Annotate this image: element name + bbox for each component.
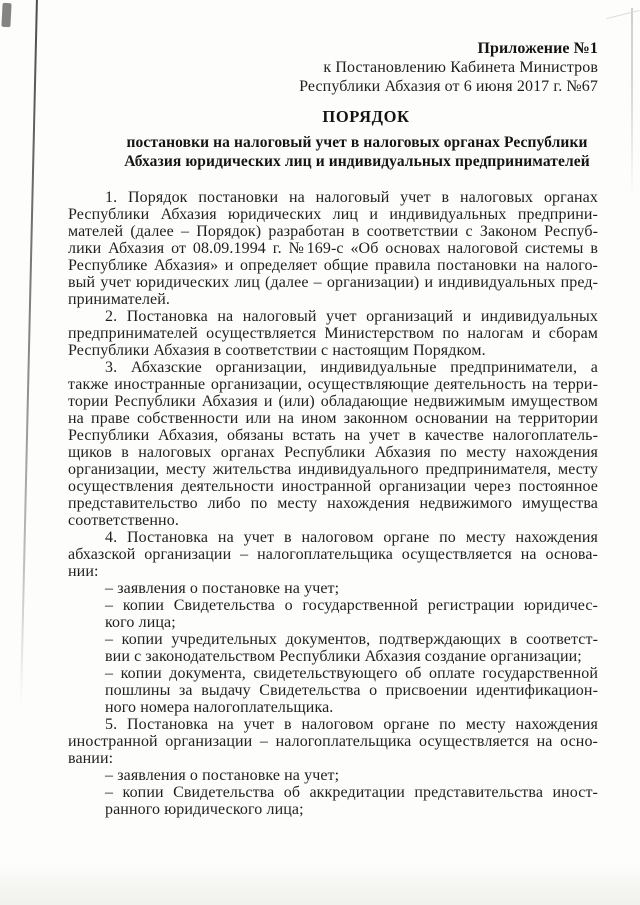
text-line: иностранной организации – налогоплательщ… [68,733,598,750]
scan-corner-smudge [1,3,11,27]
text-line: – заявления о постановке на учет; [68,767,598,784]
text-line: – копии учредительных документов, подтве… [68,631,598,648]
text-line: нии: [68,563,598,580]
body-text: 1. Порядок постановки на налоговый учет … [68,189,598,818]
text-line: Республики Абхазия, обязаны встать на уч… [68,427,598,444]
text-line: соответственно. [68,512,598,529]
appendix-header: Приложение №1 к Постановлению Кабинета М… [68,39,602,96]
document-title: ПОРЯДОК [101,107,631,127]
text-line: – копии Свидетельства о государственной … [68,597,598,614]
scan-left-edge-line [20,0,38,704]
text-line: – заявления о постановке на учет; [68,580,598,597]
text-line: тории Республики Абхазия и (или) обладаю… [68,393,598,410]
text-line: мателей (далее – Порядок) разработан в с… [68,223,598,240]
text-line: Республики Абхазия юридических лиц и инд… [68,206,598,223]
text-line: – копии документа, свидетельствующего об… [68,665,598,682]
text-line: вании: [68,750,598,767]
text-line: 5. Постановка на учет в налоговом органе… [68,716,598,733]
text-line: абхазской организации – налогоплательщик… [68,546,598,563]
appendix-number: Приложение №1 [68,39,598,58]
text-line: 4. Постановка на учет в налоговом органе… [68,529,598,546]
text-line: ранного юридического лица; [68,801,598,818]
scan-bottom-shadow [0,865,640,905]
text-line: на праве собственности или на ином закон… [68,410,598,427]
text-line: 3. Абхазские организации, индивидуальные… [68,359,598,376]
subtitle-line: Абхазия юридических лиц и индивидуальных… [92,153,622,172]
text-line: – копии Свидетельства об аккредитации пр… [68,784,598,801]
text-line: также иностранные организации, осуществл… [68,376,598,393]
document-page: Приложение №1 к Постановлению Кабинета М… [0,0,640,905]
appendix-reference-line: к Постановлению Кабинета Министров [68,58,598,77]
text-line: вии с законодательством Республики Абхаз… [68,648,598,665]
text-line: представительство либо по месту нахожден… [68,495,598,512]
text-line: ного номера налогоплательщика. [68,699,598,716]
subtitle-line: постановки на налоговый учет в налоговых… [92,134,622,153]
appendix-date-line: Республики Абхазия от 6 июня 2017 г. №67 [68,77,598,96]
document-subtitle: постановки на налоговый учет в налоговых… [92,134,622,171]
scan-corner-line [606,10,639,19]
text-line: принимателей. [68,291,598,308]
text-line: Республике Абхазия» и определяет общие п… [68,257,598,274]
text-line: вый учет юридических лиц (далее – органи… [68,274,598,291]
text-line: осуществления деятельности иностранной о… [68,478,598,495]
scan-right-edge-line [631,8,633,198]
text-line: щиков в налоговых органах Республики Абх… [68,444,598,461]
text-line: Республики Абхазия в соответствии с наст… [68,342,598,359]
text-line: пошлины за выдачу Свидетельства о присво… [68,682,598,699]
text-line: лики Абхазия от 08.09.1994 г. №169-с «Об… [68,240,598,257]
text-line: кого лица; [68,614,598,631]
text-line: предпринимателей осуществляется Министер… [68,325,598,342]
text-line: 1. Порядок постановки на налоговый учет … [68,189,598,206]
text-line: 2. Постановка на налоговый учет организа… [68,308,598,325]
text-line: организации, месту жительства индивидуал… [68,461,598,478]
